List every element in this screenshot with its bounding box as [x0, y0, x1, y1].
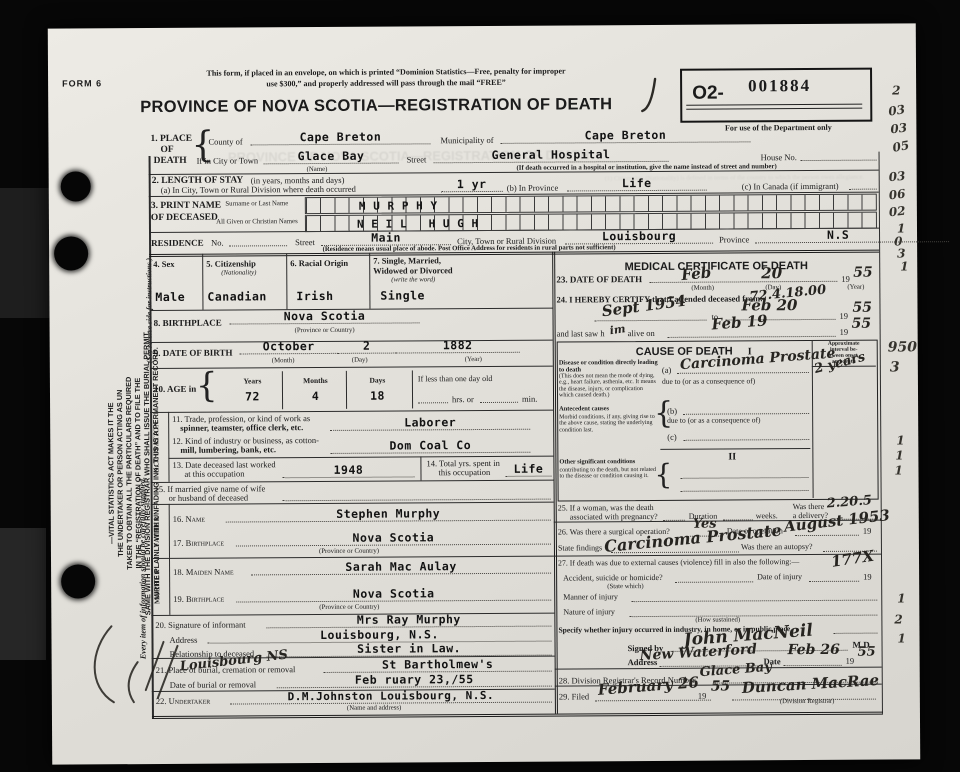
frame-patch-upper: [0, 188, 52, 318]
frame-patch-lower: [0, 528, 46, 660]
pen-scribble: [48, 23, 920, 764]
death-certificate-card: PROVINCE OF NOVA SCOTIA—REGISTRATION OF …: [48, 23, 920, 764]
